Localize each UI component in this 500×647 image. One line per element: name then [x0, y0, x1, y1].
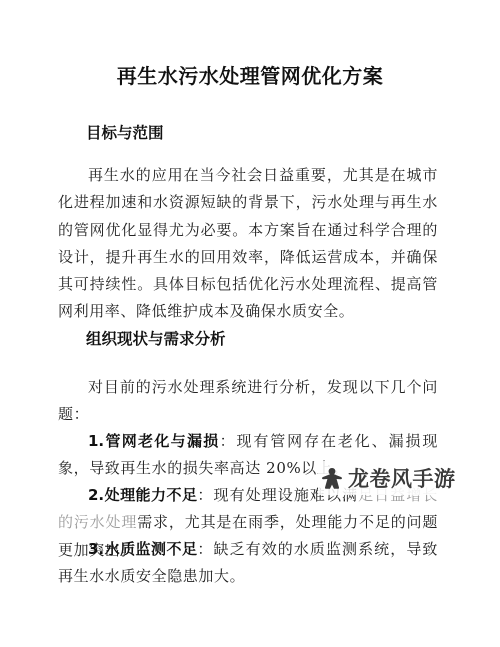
meeple-icon [320, 466, 344, 490]
document-title: 再生水污水处理管网优化方案 [0, 60, 500, 89]
list-item-1-colon: ： [220, 432, 237, 450]
list-item-3-colon: ： [197, 540, 213, 558]
analysis-intro: 对目前的污水处理系统进行分析，发现以下几个问题： [58, 374, 438, 429]
section-heading-analysis: 组织现状与需求分析 [86, 327, 226, 349]
section-heading-goals: 目标与范围 [86, 121, 164, 143]
list-item-2-label: 处理能力不足 [104, 486, 197, 504]
goals-paragraph: 再生水的应用在当今社会日益重要，尤其是在城市化进程加速和水资源短缺的背景下，污水… [58, 162, 438, 326]
list-item-3: 3.水质监测不足：缺乏有效的水质监测系统，导致再生水水质安全隐患加大。 [58, 536, 438, 591]
list-item-3-number: 3. [88, 540, 104, 558]
list-item-2-number: 2. [88, 486, 104, 504]
watermark: 龙卷风手游 [318, 461, 462, 495]
watermark-text: 龙卷风手游 [348, 463, 456, 493]
list-item-1-label: 管网老化与漏损 [104, 432, 219, 450]
list-item-3-label: 水质监测不足 [104, 540, 197, 558]
document-page: 再生水污水处理管网优化方案 目标与范围 再生水的应用在当今社会日益重要，尤其是在… [0, 0, 500, 647]
list-item-1-number: 1. [88, 432, 104, 450]
list-item-2-colon: ： [197, 486, 213, 504]
